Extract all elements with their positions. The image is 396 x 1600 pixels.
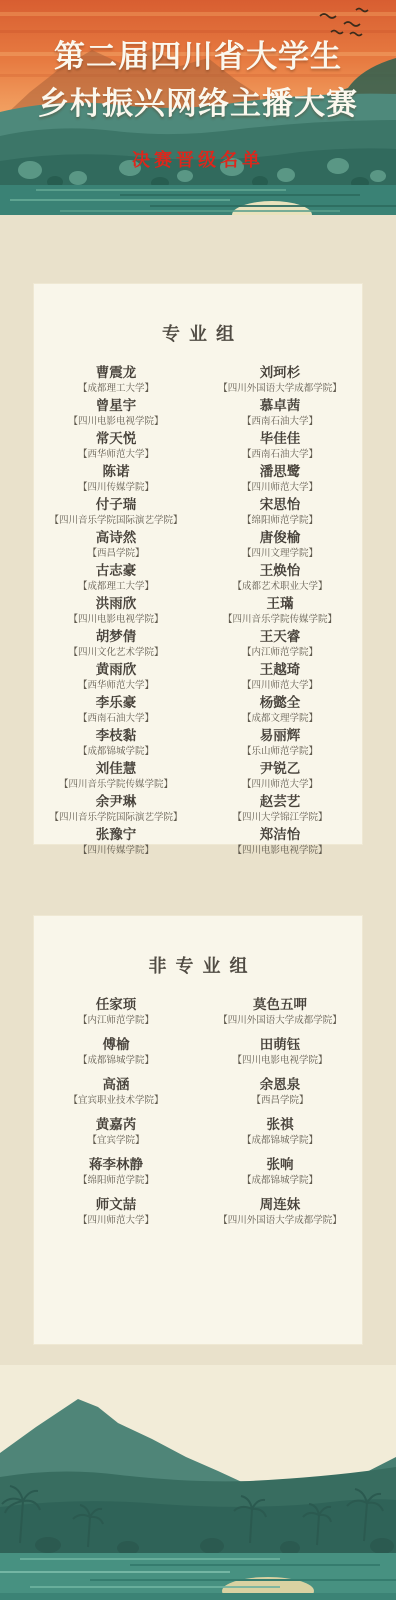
contestant-school: 【四川外国语大学成都学院】 [198, 383, 362, 395]
contestant-entry: 周连妹【四川外国语大学成都学院】 [198, 1196, 362, 1227]
contestant-name: 慕卓茜 [198, 397, 362, 415]
contestant-name: 王越琦 [198, 661, 362, 679]
contestant-name: 易丽辉 [198, 727, 362, 745]
contestant-name: 毕佳佳 [198, 430, 362, 448]
contestant-school: 【四川电影电视学院】 [34, 416, 198, 428]
contestant-entry: 王焕怡【成都艺术职业大学】 [198, 562, 362, 593]
contestant-name: 王天睿 [198, 628, 362, 646]
contestant-entry: 余恩泉【西昌学院】 [198, 1076, 362, 1107]
contestant-school: 【四川外国语大学成都学院】 [198, 1015, 362, 1027]
hero-banner: 第二届四川省大学生 乡村振兴网络主播大赛 决赛晋级名单 [0, 0, 396, 215]
contestant-entry: 毕佳佳【西南石油大学】 [198, 430, 362, 461]
contestant-entry: 莫色五呷【四川外国语大学成都学院】 [198, 996, 362, 1027]
contestant-name: 任家顼 [34, 996, 198, 1014]
contestant-school: 【西华师范大学】 [34, 680, 198, 692]
contestant-school: 【内江师范学院】 [198, 647, 362, 659]
contestant-school: 【绵阳师范学院】 [34, 1175, 198, 1187]
contestant-school: 【成都理工大学】 [34, 581, 198, 593]
amateur-left-column: 任家顼【内江师范学院】傅榆【成都锦城学院】高涵【宜宾职业技术学院】黄嘉芮【宜宾学… [34, 996, 198, 1236]
contestant-school: 【四川音乐学院国际演艺学院】 [34, 812, 198, 824]
contestant-school: 【四川电影电视学院】 [34, 614, 198, 626]
contestant-entry: 黄嘉芮【宜宾学院】 [34, 1116, 198, 1147]
list-area: 专业组 曹震龙【成都理工大学】曾星宇【四川电影电视学院】常天悦【西华师范大学】陈… [0, 215, 396, 1365]
contestant-school: 【四川音乐学院国际演艺学院】 [34, 515, 198, 527]
contestant-school: 【宜宾学院】 [34, 1135, 198, 1147]
amateur-right-column: 莫色五呷【四川外国语大学成都学院】田萌钰【四川电影电视学院】余恩泉【西昌学院】张… [198, 996, 362, 1236]
contestant-entry: 慕卓茜【西南石油大学】 [198, 397, 362, 428]
contestant-school: 【西南石油大学】 [198, 416, 362, 428]
contestant-entry: 陈诺【四川传媒学院】 [34, 463, 198, 494]
contestant-school: 【成都文理学院】 [198, 713, 362, 725]
contestant-entry: 王越琦【四川师范大学】 [198, 661, 362, 692]
contestant-name: 莫色五呷 [198, 996, 362, 1014]
contestant-name: 曾星宇 [34, 397, 198, 415]
contestant-name: 刘珂杉 [198, 364, 362, 382]
contestant-entry: 刘珂杉【四川外国语大学成都学院】 [198, 364, 362, 395]
contestant-school: 【西昌学院】 [34, 548, 198, 560]
contestant-school: 【四川大学锦江学院】 [198, 812, 362, 824]
professional-right-column: 刘珂杉【四川外国语大学成都学院】慕卓茜【西南石油大学】毕佳佳【西南石油大学】潘思… [198, 364, 362, 859]
amateur-columns: 任家顼【内江师范学院】傅榆【成都锦城学院】高涵【宜宾职业技术学院】黄嘉芮【宜宾学… [34, 996, 362, 1236]
contestant-entry: 尹锐乙【四川师范大学】 [198, 760, 362, 791]
contestant-school: 【西华师范大学】 [34, 449, 198, 461]
title-line-1: 第二届四川省大学生 [0, 33, 396, 80]
contestant-entry: 师文喆【四川师范大学】 [34, 1196, 198, 1227]
contestant-school: 【四川音乐学院传媒学院】 [34, 779, 198, 791]
contestant-name: 胡梦倩 [34, 628, 198, 646]
contestant-entry: 蒋李林静【绵阳师范学院】 [34, 1156, 198, 1187]
professional-columns: 曹震龙【成都理工大学】曾星宇【四川电影电视学院】常天悦【西华师范大学】陈诺【四川… [34, 364, 362, 859]
contestant-entry: 常天悦【西华师范大学】 [34, 430, 198, 461]
contestant-entry: 古志豪【成都理工大学】 [34, 562, 198, 593]
contestant-entry: 李乐豪【西南石油大学】 [34, 694, 198, 725]
contestant-entry: 王璊【四川音乐学院传媒学院】 [198, 595, 362, 626]
contestant-school: 【四川师范大学】 [198, 779, 362, 791]
contestant-name: 余恩泉 [198, 1076, 362, 1094]
contestant-entry: 王天睿【内江师范学院】 [198, 628, 362, 659]
contestant-name: 田萌钰 [198, 1036, 362, 1054]
contestant-school: 【西南石油大学】 [34, 713, 198, 725]
contestant-school: 【四川师范大学】 [198, 680, 362, 692]
contestant-school: 【四川师范大学】 [34, 1215, 198, 1227]
contestant-school: 【内江师范学院】 [34, 1015, 198, 1027]
contestant-name: 唐俊榆 [198, 529, 362, 547]
contestant-name: 古志豪 [34, 562, 198, 580]
contestant-school: 【西昌学院】 [198, 1095, 362, 1107]
contestant-entry: 任家顼【内江师范学院】 [34, 996, 198, 1027]
contestant-name: 张祺 [198, 1116, 362, 1134]
contestant-name: 王璊 [198, 595, 362, 613]
contestant-name: 杨懿全 [198, 694, 362, 712]
contestant-entry: 潘思鹭【四川师范大学】 [198, 463, 362, 494]
contestant-name: 高涵 [34, 1076, 198, 1094]
contestant-school: 【乐山师范学院】 [198, 746, 362, 758]
contestant-school: 【四川电影电视学院】 [198, 845, 362, 857]
contestant-school: 【四川电影电视学院】 [198, 1055, 362, 1067]
contestant-name: 陈诺 [34, 463, 198, 481]
contestant-school: 【四川传媒学院】 [34, 482, 198, 494]
contestant-name: 余尹琳 [34, 793, 198, 811]
contestant-name: 郑洁怡 [198, 826, 362, 844]
footer-landscape [0, 1365, 396, 1600]
title-line-2: 乡村振兴网络主播大赛 [0, 80, 396, 127]
group-card-amateur: 非专业组 任家顼【内江师范学院】傅榆【成都锦城学院】高涵【宜宾职业技术学院】黄嘉… [33, 915, 363, 1345]
contestant-name: 高诗然 [34, 529, 198, 547]
contestant-school: 【成都锦城学院】 [198, 1135, 362, 1147]
contestant-name: 王焕怡 [198, 562, 362, 580]
group-title-amateur: 非专业组 [34, 952, 362, 978]
contestant-school: 【成都锦城学院】 [198, 1175, 362, 1187]
contestant-entry: 张响【成都锦城学院】 [198, 1156, 362, 1187]
contestant-school: 【成都艺术职业大学】 [198, 581, 362, 593]
contestant-name: 李乐豪 [34, 694, 198, 712]
contestant-entry: 田萌钰【四川电影电视学院】 [198, 1036, 362, 1067]
contestant-name: 尹锐乙 [198, 760, 362, 778]
contestant-entry: 宋思怡【绵阳师范学院】 [198, 496, 362, 527]
contestant-entry: 曹震龙【成都理工大学】 [34, 364, 198, 395]
contestant-name: 赵芸艺 [198, 793, 362, 811]
contestant-entry: 胡梦倩【四川文化艺术学院】 [34, 628, 198, 659]
contestant-name: 曹震龙 [34, 364, 198, 382]
contestant-entry: 余尹琳【四川音乐学院国际演艺学院】 [34, 793, 198, 824]
contestant-name: 张豫宁 [34, 826, 198, 844]
contestant-entry: 唐俊榆【四川文理学院】 [198, 529, 362, 560]
contestant-entry: 高涵【宜宾职业技术学院】 [34, 1076, 198, 1107]
poster-title: 第二届四川省大学生 乡村振兴网络主播大赛 [0, 33, 396, 127]
contestant-school: 【四川传媒学院】 [34, 845, 198, 857]
poster: 第二届四川省大学生 乡村振兴网络主播大赛 决赛晋级名单 专业组 曹震龙【成都理工… [0, 0, 396, 1600]
contestant-name: 常天悦 [34, 430, 198, 448]
contestant-entry: 洪雨欣【四川电影电视学院】 [34, 595, 198, 626]
contestant-entry: 李枝黏【成都锦城学院】 [34, 727, 198, 758]
contestant-name: 师文喆 [34, 1196, 198, 1214]
contestant-name: 李枝黏 [34, 727, 198, 745]
contestant-entry: 张豫宁【四川传媒学院】 [34, 826, 198, 857]
contestant-entry: 张祺【成都锦城学院】 [198, 1116, 362, 1147]
contestant-entry: 刘佳慧【四川音乐学院传媒学院】 [34, 760, 198, 791]
contestant-entry: 杨懿全【成都文理学院】 [198, 694, 362, 725]
contestant-entry: 赵芸艺【四川大学锦江学院】 [198, 793, 362, 824]
contestant-name: 宋思怡 [198, 496, 362, 514]
contestant-school: 【宜宾职业技术学院】 [34, 1095, 198, 1107]
contestant-school: 【四川文化艺术学院】 [34, 647, 198, 659]
contestant-school: 【绵阳师范学院】 [198, 515, 362, 527]
contestant-name: 蒋李林静 [34, 1156, 198, 1174]
finals-list-subtitle: 决赛晋级名单 [0, 146, 396, 172]
group-card-professional: 专业组 曹震龙【成都理工大学】曾星宇【四川电影电视学院】常天悦【西华师范大学】陈… [33, 283, 363, 845]
contestant-school: 【四川外国语大学成都学院】 [198, 1215, 362, 1227]
contestant-name: 黄嘉芮 [34, 1116, 198, 1134]
contestant-name: 潘思鹭 [198, 463, 362, 481]
contestant-entry: 高诗然【西昌学院】 [34, 529, 198, 560]
contestant-entry: 曾星宇【四川电影电视学院】 [34, 397, 198, 428]
contestant-name: 张响 [198, 1156, 362, 1174]
contestant-name: 黄雨欣 [34, 661, 198, 679]
contestant-school: 【四川文理学院】 [198, 548, 362, 560]
contestant-entry: 易丽辉【乐山师范学院】 [198, 727, 362, 758]
contestant-entry: 黄雨欣【西华师范大学】 [34, 661, 198, 692]
lake-mountain-illustration [0, 1365, 396, 1600]
contestant-school: 【西南石油大学】 [198, 449, 362, 461]
group-title-professional: 专业组 [34, 320, 362, 346]
contestant-entry: 付子瑞【四川音乐学院国际演艺学院】 [34, 496, 198, 527]
contestant-school: 【四川音乐学院传媒学院】 [198, 614, 362, 626]
contestant-entry: 郑洁怡【四川电影电视学院】 [198, 826, 362, 857]
contestant-name: 洪雨欣 [34, 595, 198, 613]
contestant-school: 【成都锦城学院】 [34, 746, 198, 758]
contestant-entry: 傅榆【成都锦城学院】 [34, 1036, 198, 1067]
contestant-school: 【成都锦城学院】 [34, 1055, 198, 1067]
contestant-school: 【成都理工大学】 [34, 383, 198, 395]
contestant-school: 【四川师范大学】 [198, 482, 362, 494]
professional-left-column: 曹震龙【成都理工大学】曾星宇【四川电影电视学院】常天悦【西华师范大学】陈诺【四川… [34, 364, 198, 859]
contestant-name: 周连妹 [198, 1196, 362, 1214]
contestant-name: 刘佳慧 [34, 760, 198, 778]
contestant-name: 付子瑞 [34, 496, 198, 514]
contestant-name: 傅榆 [34, 1036, 198, 1054]
